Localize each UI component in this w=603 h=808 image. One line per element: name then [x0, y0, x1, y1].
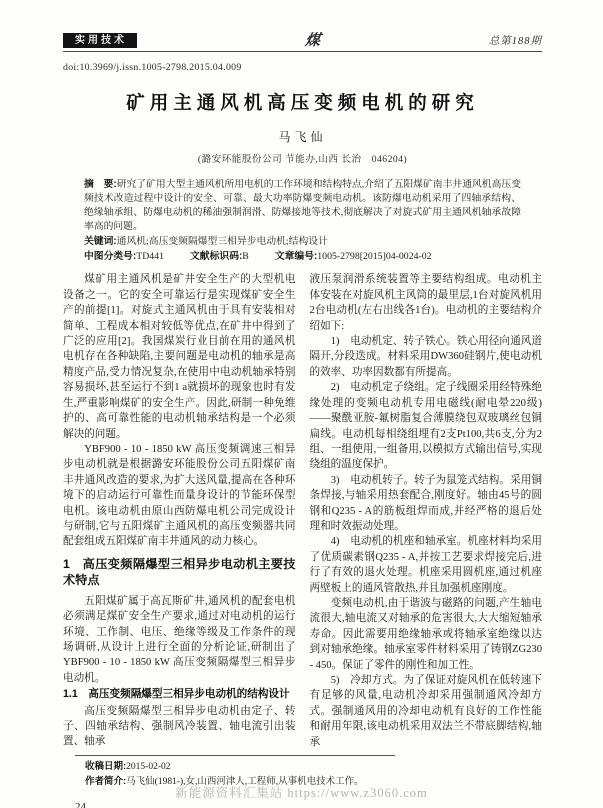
classification-line: 中图分类号:TD441 文献标识码:B 文章编号:1005-2798[2015]… [63, 250, 542, 264]
clc-segment: 中图分类号:TD441 [84, 250, 164, 264]
keywords-line: 关键词:通风机;高压变频隔爆型三相异步电动机;结构设计 [63, 235, 542, 249]
footnote-divider [75, 755, 395, 756]
subsection-heading: 1.1 高压变频隔爆型三相异步电动机的结构设计 [63, 687, 296, 702]
abstract-paragraph: 摘 要:研究了矿用大型主通风机所用电机的工作环境和结构特点,介绍了五阳煤矿南丰井… [63, 178, 542, 234]
paper-title: 矿用主通风机高压变频电机的研究 [63, 89, 542, 115]
clc-value: TD441 [136, 251, 164, 262]
paragraph: 五阳煤矿属于高瓦斯矿井,通风机的配套电机必须满足煤矿安全生产要求,通过对电动机的… [63, 594, 296, 686]
paper-page: 实用技术 煤 总第188期 doi:10.3969/j.issn.1005-27… [0, 0, 603, 808]
abstract-text: 研究了矿用大型主通风机所用电机的工作环境和结构特点,介绍了五阳煤矿南丰井通风机高… [84, 179, 521, 232]
received-date-value: 2015-02-02 [126, 762, 170, 772]
abstract-label: 摘 要: [84, 179, 117, 190]
right-column: 液压泵润滑系统装置等主要结构组成。电动机主体安装在对旋风机主风筒的最里层,1台对… [310, 272, 543, 750]
article-no-segment: 文章编号:1005-2798[2015]04-0024-02 [275, 250, 432, 264]
paragraph: 变频电动机,由于谐波与磁路的问题,产生轴电流很大,轴电流又对轴承的危害很大,大大… [310, 596, 543, 673]
paragraph: YBF900 - 10 - 1850 kW 高压变频调速三相异步电动机就是根据潞… [63, 442, 296, 550]
left-column: 煤矿用主通风机是矿井安全生产的大型机电设备之一。它的安全可靠运行是实现煤矿安全生… [63, 272, 296, 750]
list-item-paragraph: 4) 电动机的机座和轴承室。机座材料均采用了优质碳素钢Q235 - A,并按工艺… [310, 534, 543, 596]
doc-code-label: 文献标识码: [190, 251, 242, 262]
received-date-line: 收稿日期:2015-02-02 [63, 760, 542, 775]
page-number: 24 [63, 801, 542, 808]
received-date-label: 收稿日期: [85, 761, 126, 772]
list-item-paragraph: 2) 电动机定子绕组。定子线圈采用经特殊绝缘处理的变频电动机专用电磁线(耐电晕2… [310, 380, 543, 472]
article-no-value: 1005-2798[2015]04-0024-02 [317, 251, 431, 262]
paragraph: 煤矿用主通风机是矿井安全生产的大型机电设备之一。它的安全可靠运行是实现煤矿安全生… [63, 272, 296, 441]
journal-logo-icon: 煤 [305, 34, 321, 48]
article-no-label: 文章编号: [275, 251, 317, 262]
body-columns: 煤矿用主通风机是矿井安全生产的大型机电设备之一。它的安全可靠运行是实现煤矿安全生… [63, 272, 542, 750]
paragraph: 高压变频隔爆型三相异步电动机由定子、转子、四轴承结构、强制风冷装置、轴电流引出装… [63, 704, 296, 750]
doi-line: doi:10.3969/j.issn.1005-2798.2015.04.009 [63, 62, 542, 73]
list-item-paragraph: 1) 电动机定、转子铁心。铁心用径向通风道隔开,分段迭成。材料采用DW360硅钢… [310, 334, 543, 380]
list-item-paragraph: 5) 冷却方式。为了保证对旋风机在低转速下有足够的风量,电动机冷却采用强制通风冷… [310, 673, 543, 750]
keywords-text: 通风机;高压变频隔爆型三相异步电动机;结构设计 [117, 236, 328, 247]
issue-number: 总第188期 [489, 33, 542, 48]
watermark: 新能源资料汇集站 https://www.z3060.com [0, 783, 603, 801]
doc-code-value: B [242, 251, 249, 262]
clc-label: 中图分类号: [84, 251, 136, 262]
section-heading: 1 高压变频隔爆型三相异步电动机主要技术特点 [63, 556, 296, 589]
author-affiliation: (潞安环能股份公司 节能办,山西 长治 046204) [63, 151, 542, 165]
column-tag: 实用技术 [63, 33, 137, 48]
author-name: 马飞仙 [63, 128, 542, 145]
list-item-paragraph: 3) 电动机转子。转子为鼠笼式结构。采用铜条焊接,与轴采用热套配合,刚度好。轴由… [310, 473, 543, 535]
doc-code-segment: 文献标识码:B [190, 250, 249, 264]
page-header: 实用技术 煤 总第188期 [63, 30, 542, 52]
keywords-label: 关键词: [84, 236, 117, 247]
paragraph: 液压泵润滑系统装置等主要结构组成。电动机主体安装在对旋风机主风筒的最里层,1台对… [310, 272, 543, 334]
